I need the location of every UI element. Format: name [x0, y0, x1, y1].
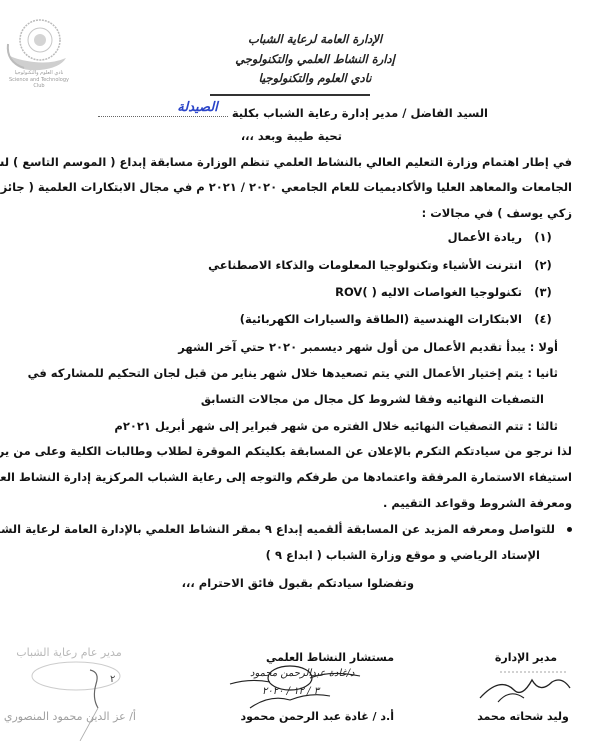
signature-general-director-icon: ٢	[30, 658, 130, 741]
addressee-line: السيد الفاضل / مدير إدارة رعاية الشباب ب…	[98, 106, 488, 120]
request-line-1: لذا نرجو من سيادتكم التكرم بالإعلان عن ا…	[0, 444, 572, 458]
schedule-second-line-1: ثانيا : يتم إختيار الأعمال التي يتم تصعي…	[28, 366, 558, 380]
club-logo: نادي العلوم والتكنولوجيا Science and Tec…	[4, 14, 70, 82]
contact-line-1: للتواصل ومعرفه المزيد عن المسابقة ألقميه…	[0, 522, 572, 536]
intro-line-1: في إطار اهتمام وزارة التعليم العالي بالن…	[0, 155, 572, 169]
header-line-2: إدارة النشاط العلمي والتكنولوجي	[185, 52, 445, 66]
field-item: (٤) الابتكارات الهندسية (الطاقة والسيارا…	[240, 312, 560, 326]
field-item: (٣) تكنولوجيا الغواصات الاليه ( )ROV	[335, 285, 560, 299]
faculty-handwritten: الصيدلة	[177, 100, 218, 115]
greeting: تحية طيبة وبعد ،،،	[241, 129, 342, 143]
faculty-blank: الصيدلة	[98, 106, 228, 117]
document-page: نادي العلوم والتكنولوجيا Science and Tec…	[0, 0, 600, 741]
addressee-text: السيد الفاضل / مدير إدارة رعاية الشباب ب…	[232, 106, 488, 120]
field-item: (٢) انترنت الأشياء وتكنولوجيا المعلومات …	[208, 258, 560, 272]
header-divider	[210, 94, 370, 96]
intro-line-2: الجامعات والمعاهد العليا والأكاديميات لل…	[0, 180, 572, 194]
intro-line-3: زكي يوسف ) في مجالات :	[422, 206, 572, 220]
signature-name-advisor: أ.د / غادة عبد الرحمن محمود	[244, 710, 394, 723]
schedule-second-line-2: التصفيات النهائيه وفقا لشروط كل مجال من …	[201, 392, 544, 406]
advisor-handwritten-date: ٣ / ١٢ / ٢٠٢٠	[262, 686, 319, 697]
header-line-1: الإدارة العامة لرعاية الشباب	[185, 32, 445, 46]
bullet-icon	[567, 527, 572, 532]
request-line-2: استيفاء الاستمارة المرفقة واعتمادها من ط…	[0, 470, 572, 484]
logo-text-arabic: نادي العلوم والتكنولوجيا	[4, 70, 74, 76]
schedule-third: ثالثا : تتم التصفيات النهائيه خلال الفتر…	[114, 419, 558, 433]
signature-name-director: وليد شحاته محمد	[468, 710, 578, 723]
header-line-3: نادي العلوم والتكنولوجيا	[185, 71, 445, 85]
signature-title-director: مدير الإدارة	[476, 651, 576, 664]
signature-title-advisor: مستشار النشاط العلمي	[260, 651, 400, 664]
svg-text:٢: ٢	[110, 674, 115, 685]
schedule-first: أولا : يبدأ تقديم الأعمال من أول شهر ديس…	[178, 340, 558, 354]
request-line-3: ومعرفة الشروط وقواعد التقييم .	[383, 496, 572, 510]
field-item: (١) ريادة الأعمال	[448, 230, 560, 244]
closing-line: وتفضلوا سيادتكم بقبول فائق الاحترام ،،،	[182, 576, 414, 590]
advisor-handwritten-name: د/غادة عبدالرحمن محمود	[250, 668, 355, 679]
logo-text-english: Science and Technology Club	[4, 77, 74, 89]
contact-line-2: الإستاد الرياضي و موقع وزارة الشباب ( اب…	[266, 548, 540, 562]
signature-director-icon	[470, 668, 580, 708]
signature-name-general-director: أ/ عز الدين محمود المنصوري	[6, 710, 136, 723]
